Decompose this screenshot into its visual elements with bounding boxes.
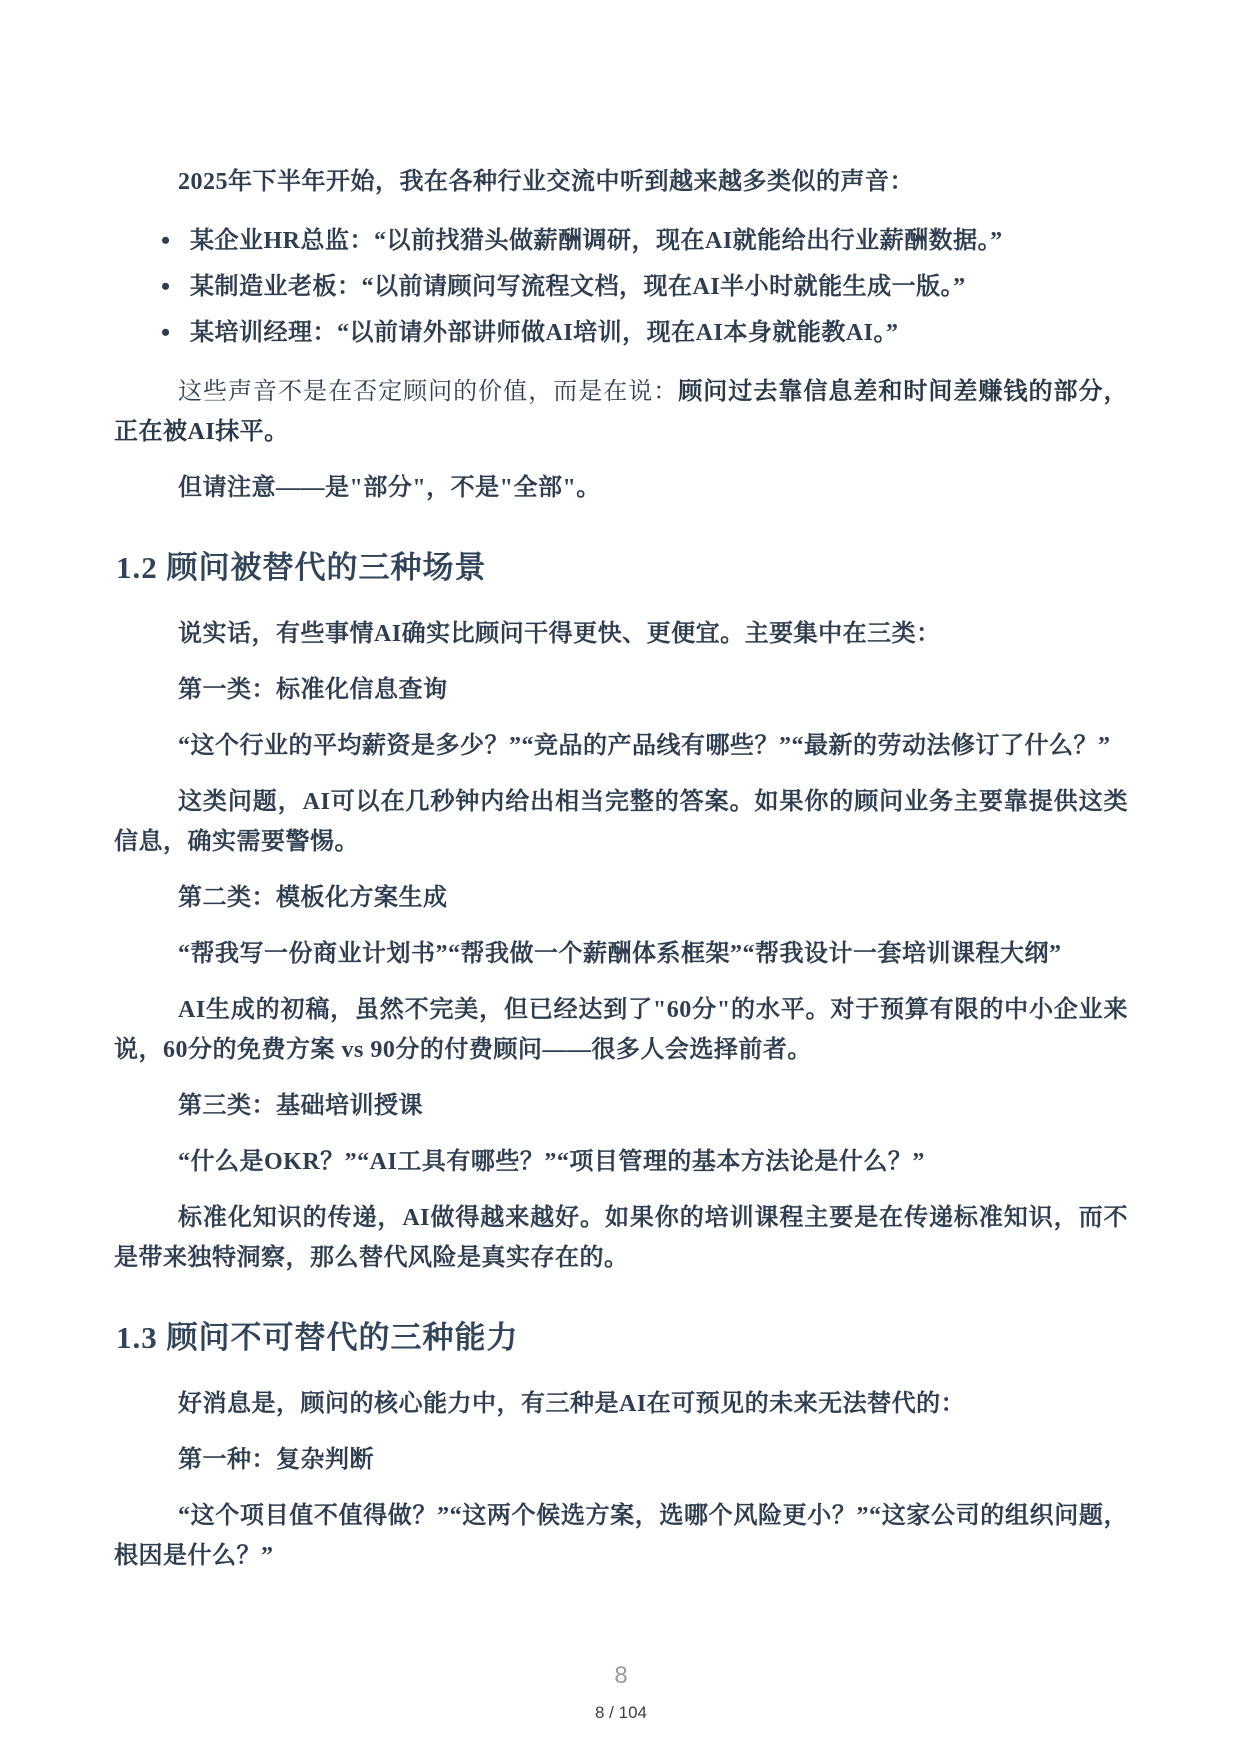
category-1-subhead: 第一类：标准化信息查询 bbox=[114, 670, 1128, 710]
summary-normal-text: 这些声音不是在否定顾问的价值，而是在说： bbox=[178, 379, 678, 405]
section-heading-1-2: 1.2 顾问被替代的三种场景 bbox=[114, 548, 1128, 588]
section-1-2-lead: 说实话，有些事情AI确实比顾问干得更快、更便宜。主要集中在三类： bbox=[114, 614, 1128, 654]
section-heading-1-3: 1.3 顾问不可替代的三种能力 bbox=[114, 1318, 1128, 1358]
category-3-subhead: 第三类：基础培训授课 bbox=[114, 1086, 1128, 1126]
page-indicator: 8 / 104 bbox=[0, 1703, 1242, 1723]
list-item: 某培训经理：“以前请外部讲师做AI培训，现在AI本身就能教AI。” bbox=[114, 310, 1128, 356]
intro-paragraph: 2025年下半年开始，我在各种行业交流中听到越来越多类似的声音： bbox=[114, 162, 1128, 202]
category-3-body: 标准化知识的传递，AI做得越来越好。如果你的培训课程主要是在传递标准知识，而不是… bbox=[114, 1198, 1128, 1278]
section-1-3-lead: 好消息是，顾问的核心能力中，有三种是AI在可预见的未来无法替代的： bbox=[114, 1384, 1128, 1424]
voices-bullet-list: 某企业HR总监：“以前找猎头做薪酬调研，现在AI就能给出行业薪酬数据。” 某制造… bbox=[114, 218, 1128, 356]
capability-1-subhead: 第一种：复杂判断 bbox=[114, 1440, 1128, 1480]
document-page: 2025年下半年开始，我在各种行业交流中听到越来越多类似的声音： 某企业HR总监… bbox=[0, 0, 1242, 1754]
category-2-subhead: 第二类：模板化方案生成 bbox=[114, 878, 1128, 918]
category-1-quote: “这个行业的平均薪资是多少？”“竞品的产品线有哪些？”“最新的劳动法修订了什么？… bbox=[114, 726, 1128, 766]
note-paragraph: 但请注意——是"部分"，不是"全部"。 bbox=[114, 468, 1128, 508]
category-2-quote: “帮我写一份商业计划书”“帮我做一个薪酬体系框架”“帮我设计一套培训课程大纲” bbox=[114, 934, 1128, 974]
list-item: 某企业HR总监：“以前找猎头做薪酬调研，现在AI就能给出行业薪酬数据。” bbox=[114, 218, 1128, 264]
capability-1-quote: “这个项目值不值得做？”“这两个候选方案，选哪个风险更小？”“这家公司的组织问题… bbox=[114, 1496, 1128, 1576]
page-number: 8 bbox=[0, 1662, 1242, 1690]
category-3-quote: “什么是OKR？”“AI工具有哪些？”“项目管理的基本方法论是什么？” bbox=[114, 1142, 1128, 1182]
list-item: 某制造业老板：“以前请顾问写流程文档，现在AI半小时就能生成一版。” bbox=[114, 264, 1128, 310]
category-1-body: 这类问题，AI可以在几秒钟内给出相当完整的答案。如果你的顾问业务主要靠提供这类信… bbox=[114, 782, 1128, 862]
summary-paragraph: 这些声音不是在否定顾问的价值，而是在说：顾问过去靠信息差和时间差赚钱的部分，正在… bbox=[114, 372, 1128, 452]
category-2-body: AI生成的初稿，虽然不完美，但已经达到了"60分"的水平。对于预算有限的中小企业… bbox=[114, 990, 1128, 1070]
